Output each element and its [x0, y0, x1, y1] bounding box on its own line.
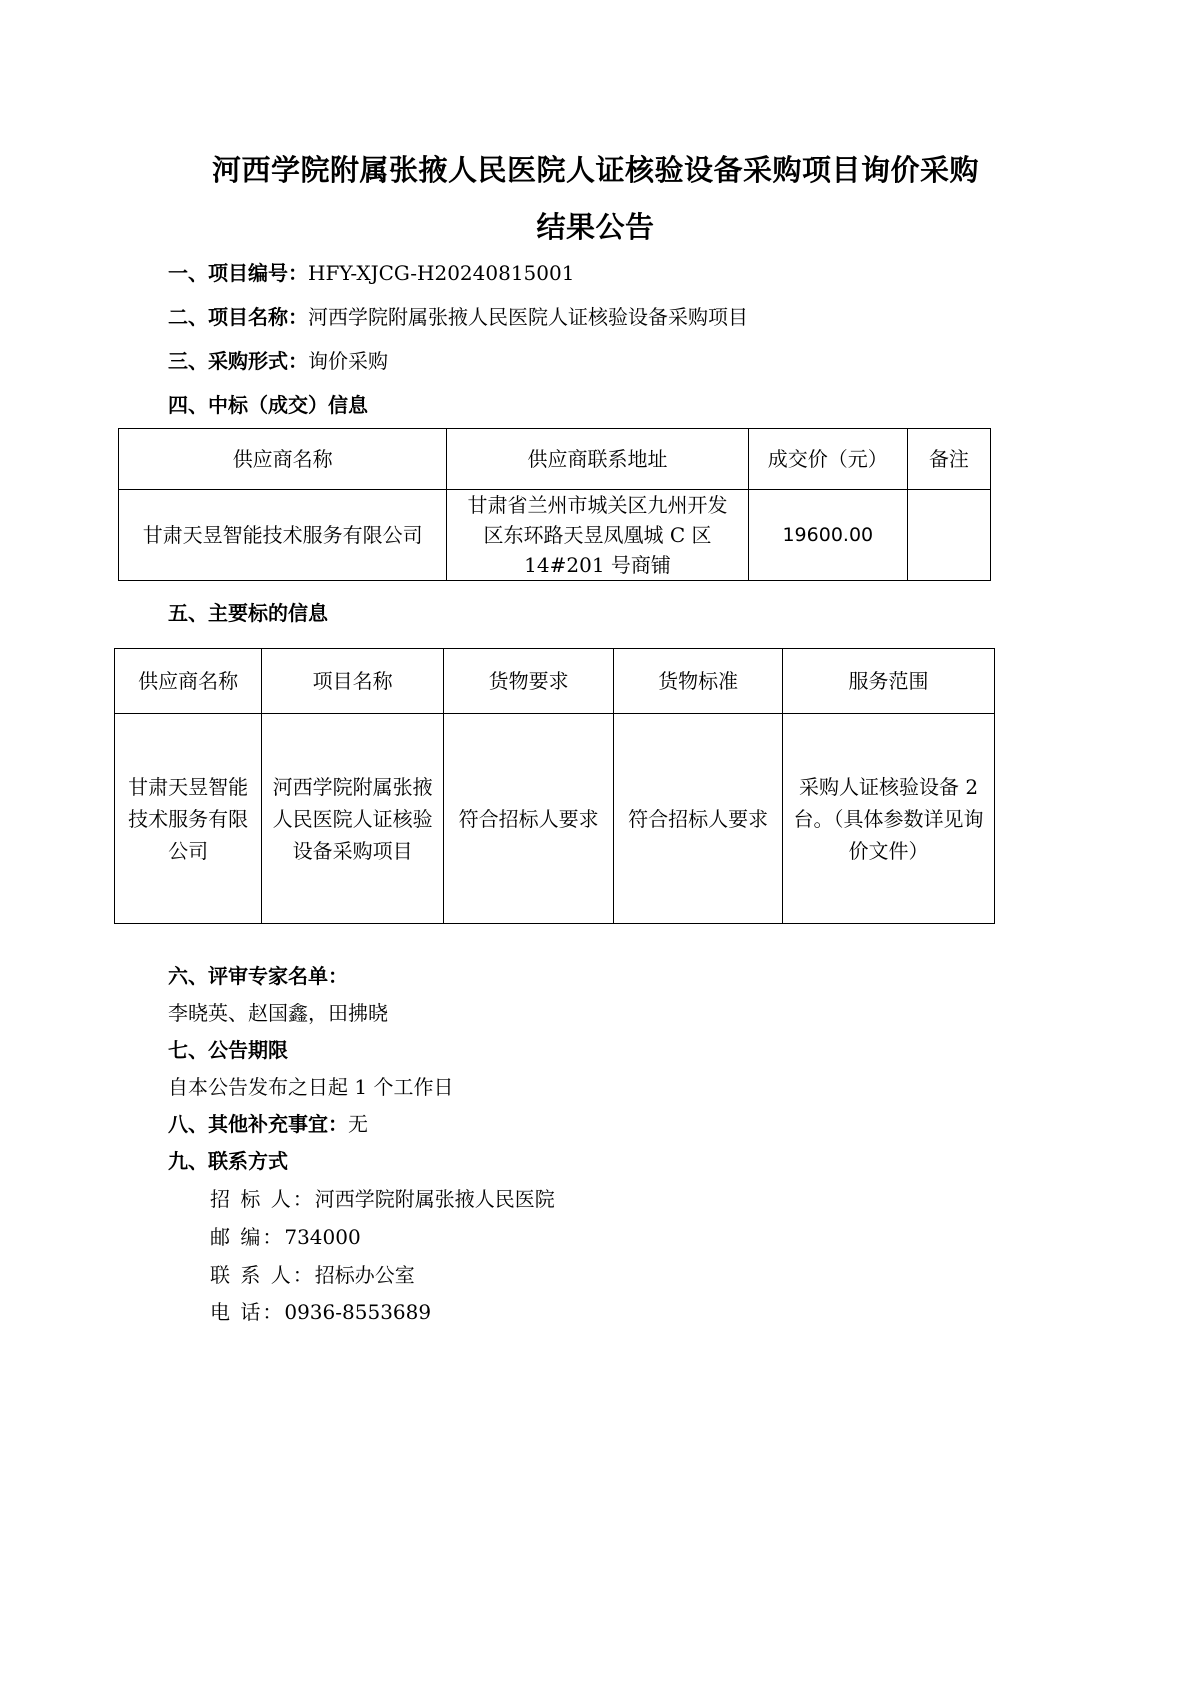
section-experts-heading: 六、评审专家名单：	[168, 962, 348, 990]
supplier-address-cell: 甘肃省兰州市城关区九州开发 区东环路天昱凤凰城 C 区 14#201 号商铺	[447, 490, 748, 581]
procurement-method-value: 询价采购	[308, 349, 388, 373]
document-title-line2: 结果公告	[0, 205, 1191, 246]
header-cell: 备注	[907, 429, 990, 490]
contact-label: 联 系 人：	[210, 1263, 315, 1287]
header-cell: 成交价（元）	[748, 429, 907, 490]
header-cell: 货物要求	[444, 649, 614, 714]
contact-value: 招标办公室	[315, 1263, 415, 1287]
contact-value: 河西学院附属张掖人民医院	[315, 1187, 555, 1211]
header-cell: 供应商名称	[115, 649, 262, 714]
table-row: 甘肃天昱智能 技术服务有限 公司 河西学院附属张掖 人民医院人证核验 设备采购项…	[115, 714, 995, 924]
contact-postcode: 邮 编：734000	[210, 1223, 361, 1251]
contact-person: 联 系 人：招标办公室	[210, 1261, 415, 1289]
header-cell: 供应商名称	[119, 429, 447, 490]
cell-line: 河西学院附属张掖	[268, 771, 437, 803]
cell-line: 台。（具体参数详见询	[789, 803, 988, 835]
award-table: 供应商名称 供应商联系地址 成交价（元） 备注 甘肃天昱智能技术服务有限公司 甘…	[118, 428, 991, 581]
table-row: 甘肃天昱智能技术服务有限公司 甘肃省兰州市城关区九州开发 区东环路天昱凤凰城 C…	[119, 490, 991, 581]
cell-line: 采购人证核验设备 2	[789, 771, 988, 803]
note-cell	[907, 490, 990, 581]
section-award-info-heading: 四、中标（成交）信息	[168, 391, 368, 419]
contact-value: 734000	[284, 1225, 360, 1249]
contact-label: 招 标 人：	[210, 1187, 315, 1211]
section-label: 一、项目编号：	[168, 261, 308, 285]
section-label: 八、其他补充事宜：	[168, 1112, 348, 1136]
address-line: 甘肃省兰州市城关区九州开发	[453, 490, 741, 520]
section-contact-heading: 九、联系方式	[168, 1147, 288, 1175]
experts-list: 李晓英、赵国鑫，田拂晓	[168, 999, 388, 1027]
address-line: 区东环路天昱凤凰城 C 区	[453, 520, 741, 550]
project-number-value: HFY-XJCG-H20240815001	[308, 261, 574, 285]
section-procurement-method: 三、采购形式：询价采购	[168, 347, 388, 375]
contact-tenderer: 招 标 人：河西学院附属张掖人民医院	[210, 1185, 555, 1213]
contact-phone: 电 话：0936-8553689	[210, 1298, 431, 1326]
cell-line: 价文件）	[789, 835, 988, 867]
header-cell: 供应商联系地址	[447, 429, 748, 490]
supplier-name-cell: 甘肃天昱智能技术服务有限公司	[119, 490, 447, 581]
project-name-value: 河西学院附属张掖人民医院人证核验设备采购项目	[308, 305, 748, 329]
service-scope-cell: 采购人证核验设备 2 台。（具体参数详见询 价文件）	[783, 714, 995, 924]
table-header-row: 供应商名称 项目名称 货物要求 货物标准 服务范围	[115, 649, 995, 714]
cell-line: 设备采购项目	[268, 835, 437, 867]
cell-line: 技术服务有限	[121, 803, 255, 835]
cell-line: 甘肃天昱智能	[121, 771, 255, 803]
header-cell: 货物标准	[614, 649, 783, 714]
notice-period-value: 自本公告发布之日起 1 个工作日	[168, 1073, 453, 1101]
goods-standard-cell: 符合招标人要求	[614, 714, 783, 924]
price-cell: 19600.00	[748, 490, 907, 581]
address-line: 14#201 号商铺	[453, 550, 741, 580]
document-title-line1: 河西学院附属张掖人民医院人证核验设备采购项目询价采购	[0, 148, 1191, 189]
supplier-name-cell: 甘肃天昱智能 技术服务有限 公司	[115, 714, 262, 924]
contact-label: 邮 编：	[210, 1225, 284, 1249]
cell-line: 公司	[121, 835, 255, 867]
header-cell: 服务范围	[783, 649, 995, 714]
section-notice-period-heading: 七、公告期限	[168, 1036, 288, 1064]
cell-line: 人民医院人证核验	[268, 803, 437, 835]
section-project-number: 一、项目编号：HFY-XJCG-H20240815001	[168, 259, 574, 287]
contact-label: 电 话：	[210, 1300, 284, 1324]
section-label: 三、采购形式：	[168, 349, 308, 373]
section-project-name: 二、项目名称：河西学院附属张掖人民医院人证核验设备采购项目	[168, 303, 748, 331]
section-subject-info-heading: 五、主要标的信息	[168, 599, 328, 627]
subject-table: 供应商名称 项目名称 货物要求 货物标准 服务范围 甘肃天昱智能 技术服务有限 …	[114, 648, 995, 924]
goods-requirement-cell: 符合招标人要求	[444, 714, 614, 924]
contact-value: 0936-8553689	[284, 1300, 431, 1324]
table-header-row: 供应商名称 供应商联系地址 成交价（元） 备注	[119, 429, 991, 490]
other-matters-value: 无	[348, 1112, 368, 1136]
header-cell: 项目名称	[262, 649, 444, 714]
project-name-cell: 河西学院附属张掖 人民医院人证核验 设备采购项目	[262, 714, 444, 924]
section-label: 二、项目名称：	[168, 305, 308, 329]
section-other-matters: 八、其他补充事宜：无	[168, 1110, 368, 1138]
